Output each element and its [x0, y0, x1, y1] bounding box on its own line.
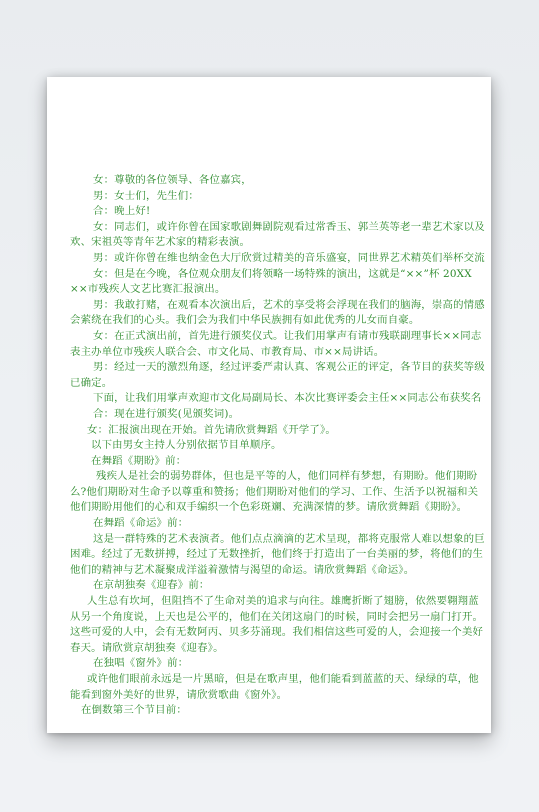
text-line: 从另一个角度说，上天也是公平的，他们在关闭这扇门的时候，同时会把另一扇门打开。 — [70, 610, 491, 626]
text-line: 春天。请欣赏京胡独奏《迎春》。 — [70, 641, 491, 657]
text-line: 合：现在进行颁奖(见颁奖词)。 — [70, 407, 491, 423]
text-line: 女：但是在今晚，各位观众朋友们将领略一场特殊的演出，这就是“××”杯 20XX — [70, 267, 491, 283]
text-line: 男：女士们，先生们： — [70, 189, 491, 205]
text-line: 能看到窗外美好的世界，请欣赏歌曲《窗外》。 — [70, 688, 491, 704]
section-heading: 在舞蹈《期盼》前： — [70, 454, 491, 470]
document-body: 女：尊敬的各位领导、各位嘉宾， 男：女士们，先生们： 合：晚上好! 女：同志们，… — [70, 173, 491, 719]
text-line: 他们的精神与艺术凝聚成洋溢着激情与渴望的命运。请欣赏舞蹈《命运》。 — [70, 563, 491, 579]
text-line: 人生总有坎坷，但阻挡不了生命对美的追求与向往。雄鹰折断了翅膀，依然要翱翔蓝 — [70, 594, 491, 610]
text-line: 男：我敢打赌，在观看本次演出后，艺术的享受将会浮现在我们的脑海，崇高的情感 — [70, 298, 491, 314]
text-line: 困难。经过了无数拼搏，经过了无数挫折，他们终于打造出了一台美丽的梦，将他们的生 — [70, 547, 491, 563]
text-line: ××市残疾人文艺比赛汇报演出。 — [70, 282, 491, 298]
text-line: 这是一群特殊的艺术表演者。他们点点滴滴的艺术呈现，都将克服常人难以想象的巨 — [70, 532, 491, 548]
section-heading: 在京胡独奏《迎春》前： — [70, 578, 491, 594]
text-line: 女：尊敬的各位领导、各位嘉宾， — [70, 173, 491, 189]
text-line: 下面，让我们用掌声欢迎市文化局副局长、本次比赛评委会主任××同志公布获奖名 — [70, 391, 491, 407]
text-line: 已确定。 — [70, 376, 491, 392]
text-line: 欢、宋祖英等青年艺术家的精彩表演。 — [70, 235, 491, 251]
text-line: 么?他们期盼对生命予以尊重和赞扬；他们期盼对他们的学习、工作、生活予以祝福和关 — [70, 485, 491, 501]
text-line: 表主办单位市残疾人联合会、市文化局、市教育局、市××局讲话。 — [70, 345, 491, 361]
text-line: 他们期盼用他们的心和双手编织一个色彩斑斓、充满深情的梦。请欣赏舞蹈《期盼》。 — [70, 500, 491, 516]
section-heading: 在舞蹈《命运》前： — [70, 516, 491, 532]
text-line: 以下由男女主持人分别依据节目单顺序。 — [70, 438, 491, 454]
section-heading: 在独唱《窗外》前： — [70, 656, 491, 672]
text-line: 女：汇报演出现在开始。首先请欣赏舞蹈《开学了》。 — [70, 423, 491, 439]
text-line: 女：在正式演出前，首先进行颁奖仪式。让我们用掌声有请市残联副理事长××同志 — [70, 329, 491, 345]
document-page: 女：尊敬的各位领导、各位嘉宾， 男：女士们，先生们： 合：晚上好! 女：同志们，… — [47, 77, 491, 733]
text-line: 男：或许你曾在维也纳金色大厅欣赏过精美的音乐盛宴，同世界艺术精英们举杯交流 — [70, 251, 491, 267]
text-line: 合：晚上好! — [70, 204, 491, 220]
text-line: 残疾人是社会的弱势群体，但也是平等的人，他们同样有梦想，有期盼。他们期盼 — [70, 469, 491, 485]
text-line: 这些可爱的人中，会有无数阿丙、贝多芬涌现。我们相信这些可爱的人，会迎接一个美好 — [70, 625, 491, 641]
text-line: 会萦绕在我们的心头。我们会为我们中华民族拥有如此优秀的儿女而自豪。 — [70, 313, 491, 329]
text-line: 女：同志们，或许你曾在国家歌剧舞剧院观看过常香玉、郭兰英等老一辈艺术家以及 — [70, 220, 491, 236]
section-heading: 在倒数第三个节目前： — [70, 703, 491, 719]
text-line: 男：经过一天的激烈角逐，经过评委严肃认真、客观公正的评定，各节目的获奖等级 — [70, 360, 491, 376]
text-line: 或许他们眼前永远是一片黑暗，但是在歌声里，他们能看到蓝蓝的天、绿绿的草，他 — [70, 672, 491, 688]
